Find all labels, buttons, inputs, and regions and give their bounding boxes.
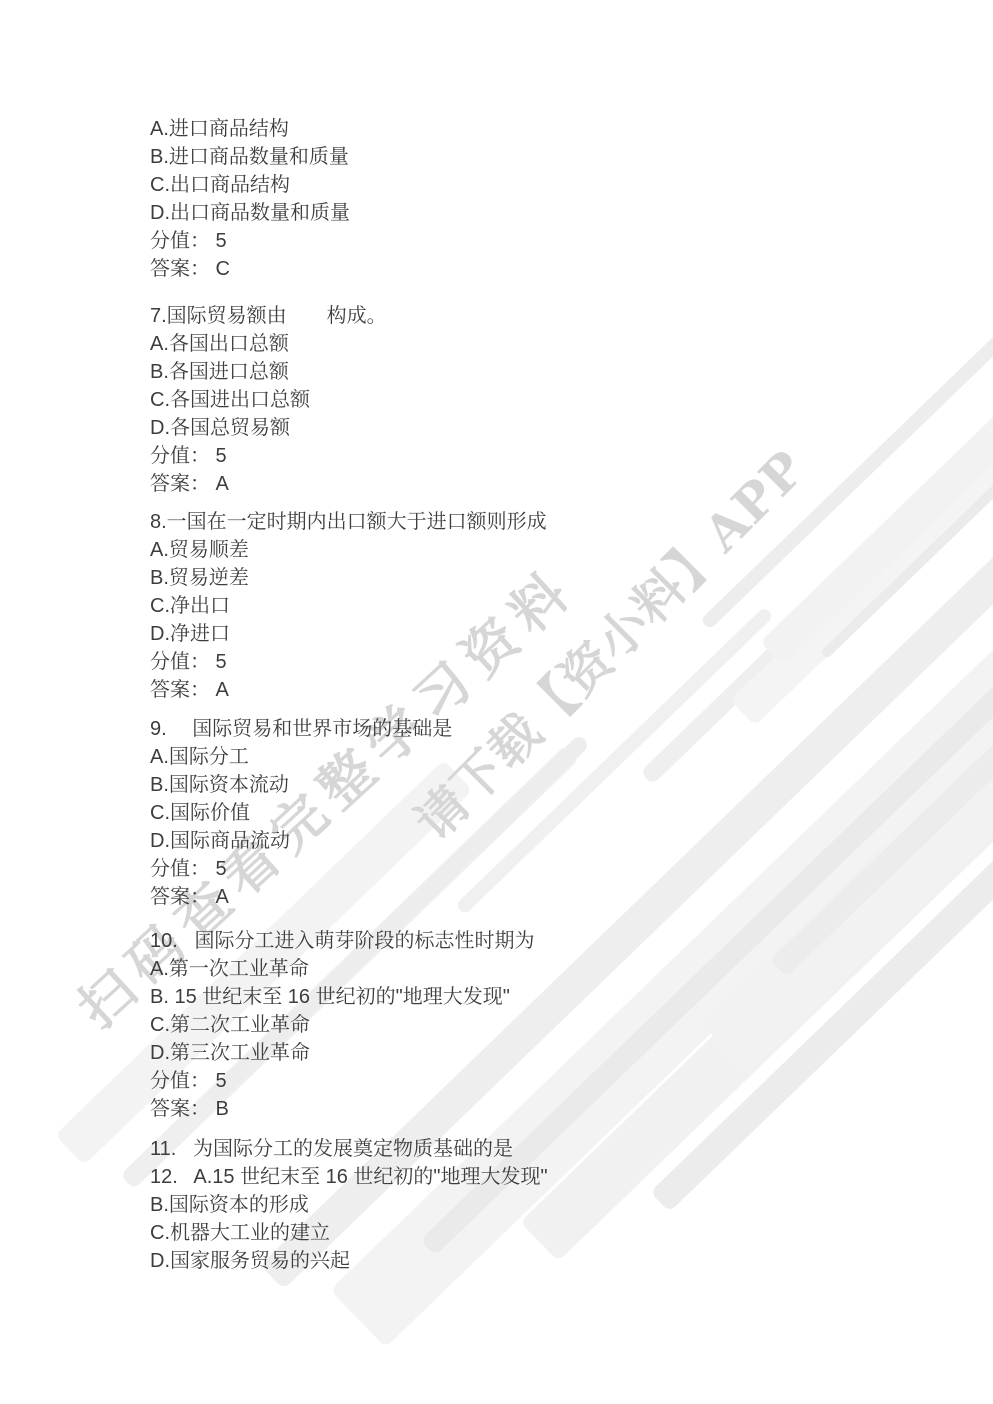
option-b: B.各国进口总额 (150, 358, 387, 386)
question-block-9: 9. 国际贸易和世界市场的基础是 A.国际分工 B.国际资本流动 C.国际价值 … (150, 715, 452, 911)
question-stem: 11. 为国际分工的发展奠定物质基础的是 (150, 1135, 548, 1163)
option-d: D.出口商品数量和质量 (150, 199, 350, 227)
score-line: 分值： 5 (150, 855, 452, 883)
option-a: A.进口商品结构 (150, 115, 350, 143)
option-a: A.国际分工 (150, 743, 452, 771)
option-b: B. 15 世纪末至 16 世纪初的"地理大发现" (150, 983, 534, 1011)
option-b: B.贸易逆差 (150, 564, 547, 592)
option-d: D.国家服务贸易的兴起 (150, 1247, 548, 1275)
answer-line: 答案： A (150, 676, 547, 704)
question-block-6-options: A.进口商品结构 B.进口商品数量和质量 C.出口商品结构 D.出口商品数量和质… (150, 115, 350, 283)
answer-line: 答案： C (150, 255, 350, 283)
question-block-11-12: 11. 为国际分工的发展奠定物质基础的是 12. A.15 世纪末至 16 世纪… (150, 1135, 548, 1275)
answer-line: 答案： B (150, 1095, 534, 1123)
score-line: 分值： 5 (150, 442, 387, 470)
answer-line: 答案： A (150, 883, 452, 911)
question-block-8: 8.一国在一定时期内出口额大于进口额则形成 A.贸易顺差 B.贸易逆差 C.净出… (150, 508, 547, 704)
question-stem: 12. A.15 世纪末至 16 世纪初的"地理大发现" (150, 1163, 548, 1191)
option-b: B.国际资本流动 (150, 771, 452, 799)
score-line: 分值： 5 (150, 1067, 534, 1095)
answer-line: 答案： A (150, 470, 387, 498)
option-a: A.各国出口总额 (150, 330, 387, 358)
option-c: C.净出口 (150, 592, 547, 620)
question-stem: 7.国际贸易额由 构成。 (150, 302, 387, 330)
option-c: C.出口商品结构 (150, 171, 350, 199)
option-c: C.国际价值 (150, 799, 452, 827)
option-c: C.各国进出口总额 (150, 386, 387, 414)
questions-content: A.进口商品结构 B.进口商品数量和质量 C.出口商品结构 D.出口商品数量和质… (0, 0, 993, 1404)
question-stem: 9. 国际贸易和世界市场的基础是 (150, 715, 452, 743)
question-block-10: 10. 国际分工进入萌芽阶段的标志性时期为 A.第一次工业革命 B. 15 世纪… (150, 927, 534, 1123)
option-b: B.国际资本的形成 (150, 1191, 548, 1219)
option-b: B.进口商品数量和质量 (150, 143, 350, 171)
option-c: C.第二次工业革命 (150, 1011, 534, 1039)
score-line: 分值： 5 (150, 648, 547, 676)
question-stem: 8.一国在一定时期内出口额大于进口额则形成 (150, 508, 547, 536)
option-d: D.净进口 (150, 620, 547, 648)
document-page: 扫码查看完整学习资料 请下载【资小料】APP A.进口商品结构 B.进口商品数量… (0, 0, 993, 1404)
question-block-7: 7.国际贸易额由 构成。 A.各国出口总额 B.各国进口总额 C.各国进出口总额… (150, 302, 387, 498)
option-d: D.各国总贸易额 (150, 414, 387, 442)
option-c: C.机器大工业的建立 (150, 1219, 548, 1247)
option-d: D.国际商品流动 (150, 827, 452, 855)
option-d: D.第三次工业革命 (150, 1039, 534, 1067)
option-a: A.贸易顺差 (150, 536, 547, 564)
score-line: 分值： 5 (150, 227, 350, 255)
option-a: A.第一次工业革命 (150, 955, 534, 983)
question-stem: 10. 国际分工进入萌芽阶段的标志性时期为 (150, 927, 534, 955)
